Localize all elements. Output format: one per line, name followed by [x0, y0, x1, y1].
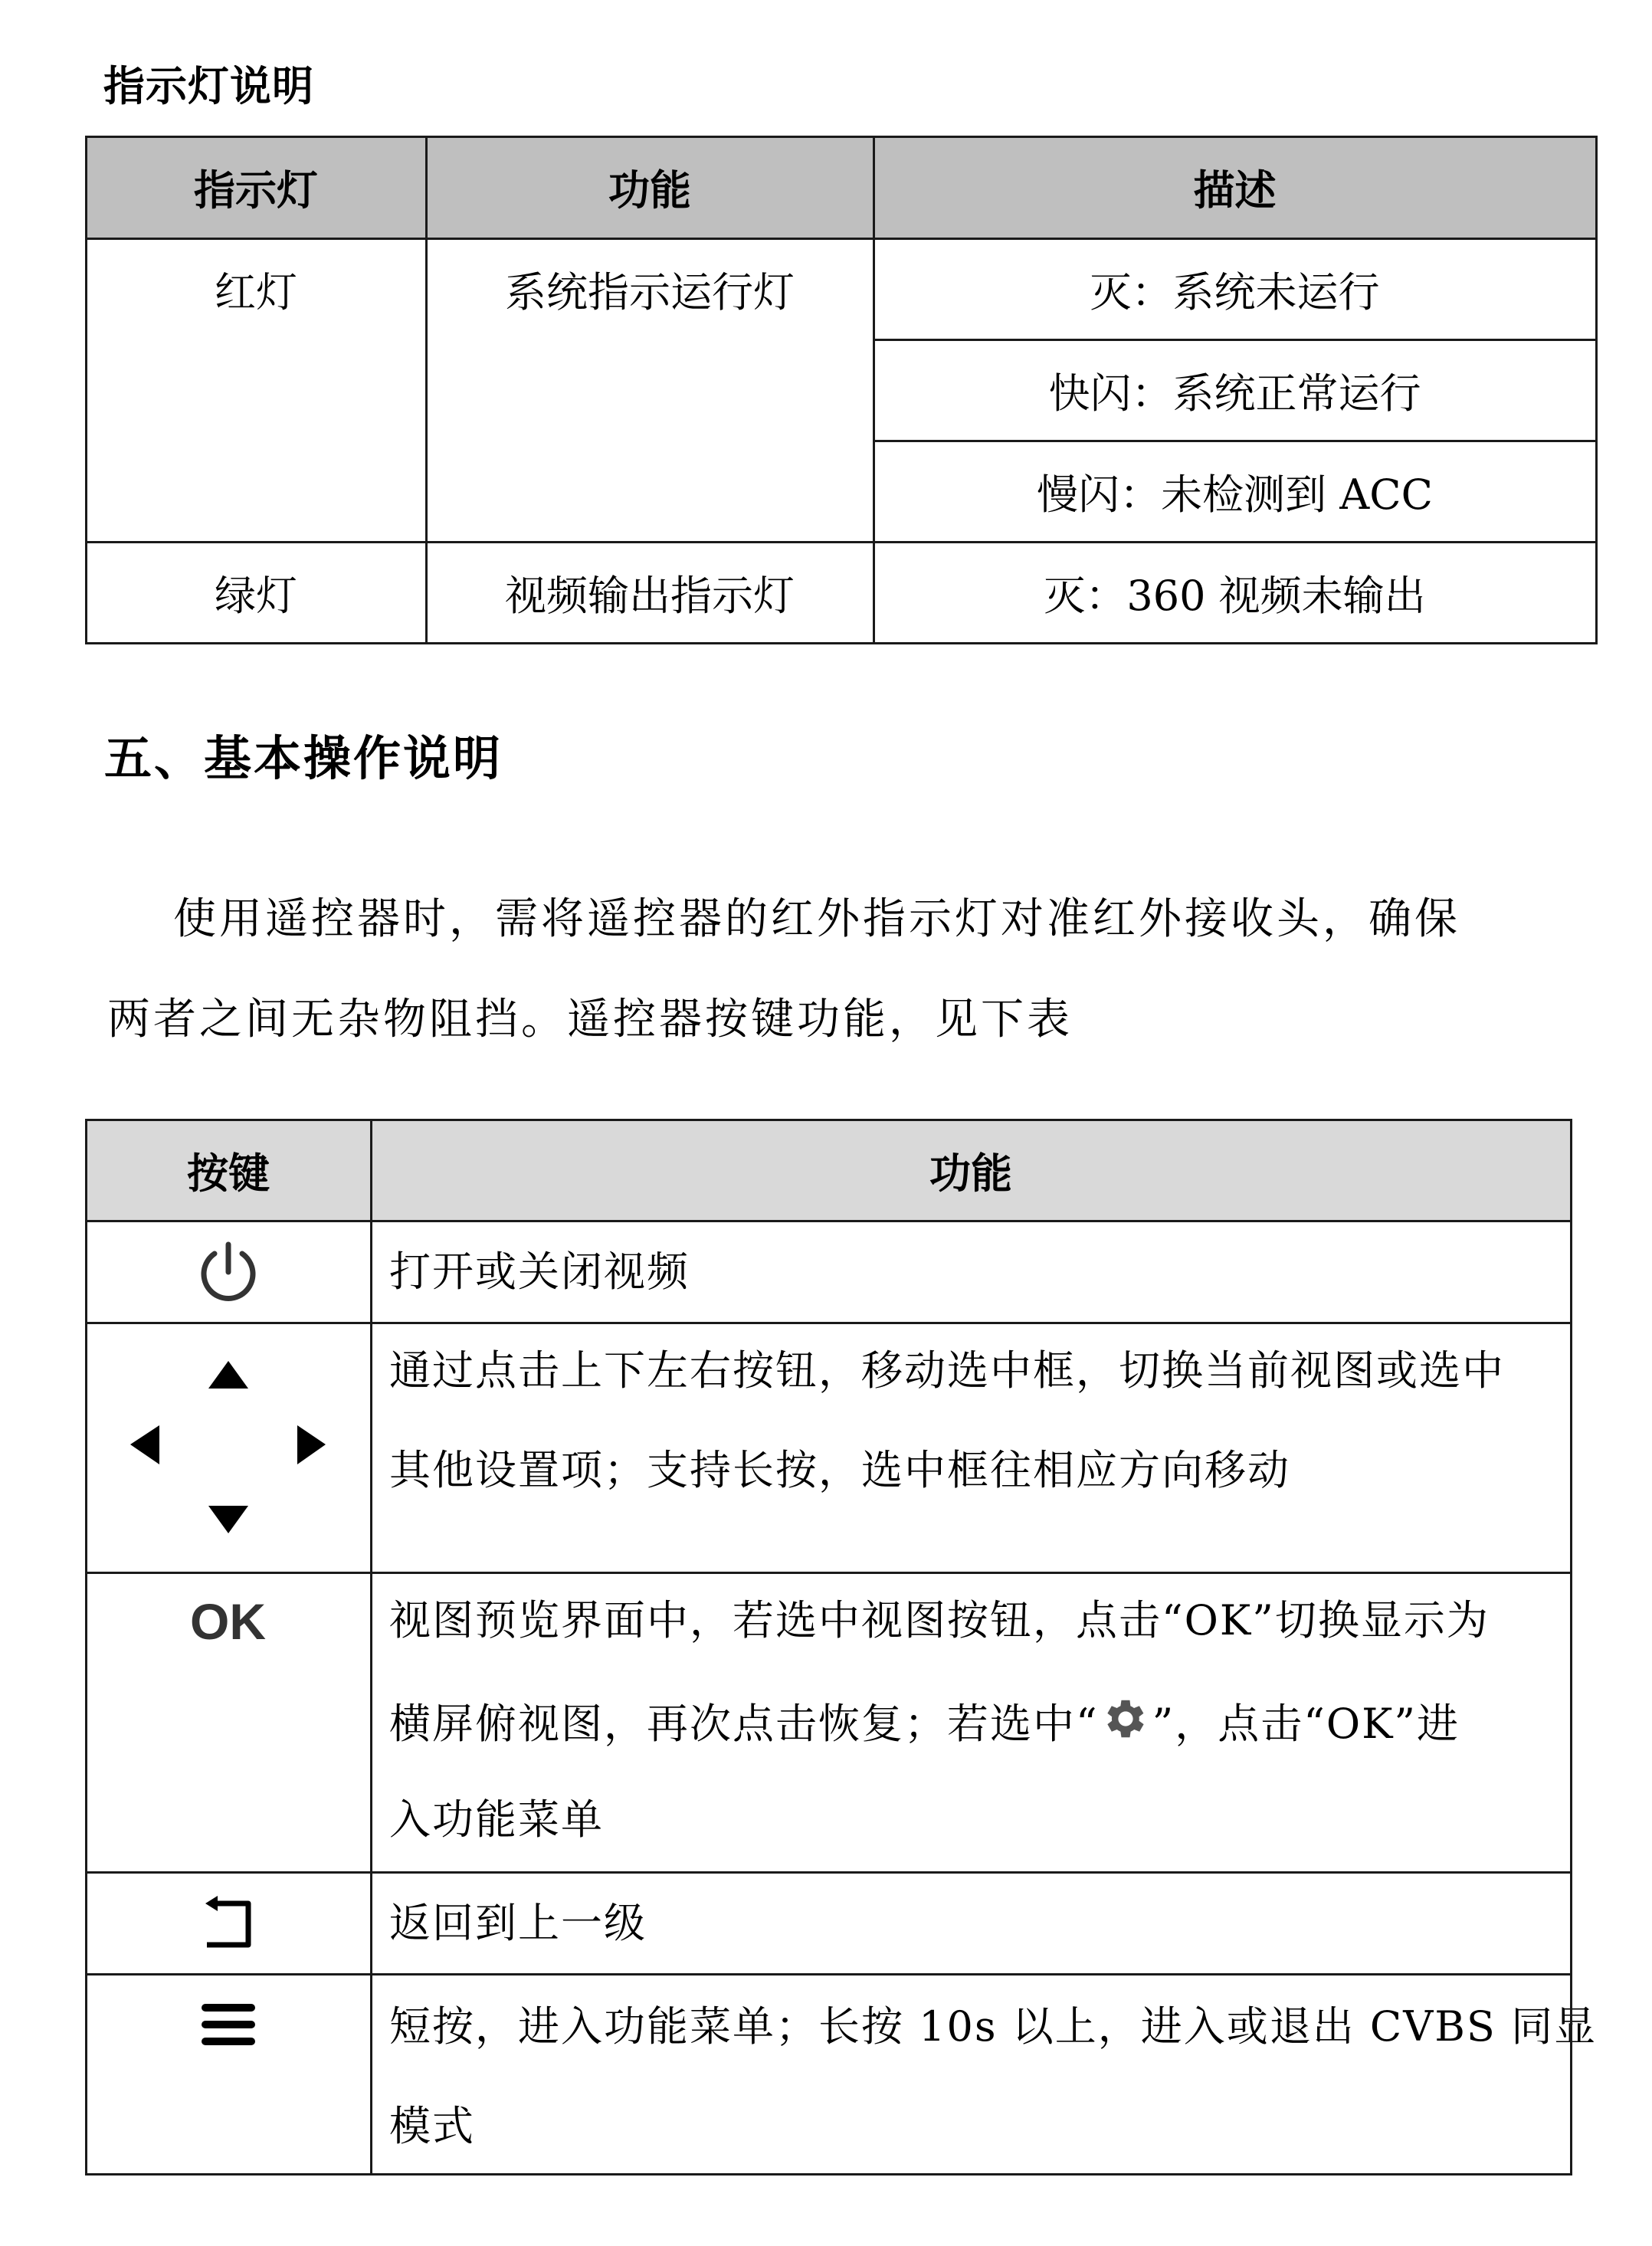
- key-function-arrows-line-2: 其他设置项；支持长按，选中框往相应方向移动: [389, 1444, 1290, 1497]
- table-border: [86, 1119, 1572, 1121]
- indicator-green-light: 绿灯: [86, 542, 426, 643]
- key-header-function: 功能: [371, 1120, 1571, 1221]
- arrow-up-icon: [208, 1361, 248, 1389]
- indicator-header-function: 功能: [426, 136, 874, 238]
- table-border: [85, 1119, 87, 2176]
- table-border: [1595, 136, 1598, 644]
- table-border: [86, 1871, 1572, 1874]
- indicator-red-desc-off: 灭：系统未运行: [874, 238, 1596, 339]
- key-function-ok-line-2-after: ”，点击“OK”进: [1152, 1700, 1460, 1748]
- key-function-back: 返回到上一级: [389, 1897, 647, 1950]
- key-function-ok-line-1: 视图预览界面中，若选中视图按钮，点击“OK”切换显示为: [389, 1594, 1490, 1648]
- table-border: [425, 136, 428, 644]
- indicator-header-light: 指示灯: [86, 136, 426, 238]
- table-border: [874, 339, 1598, 341]
- key-function-ok-line-2: 横屏俯视图，再次点击恢复；若选中“”，点击“OK”进: [389, 1694, 1460, 1751]
- indicator-header-description: 描述: [874, 136, 1596, 238]
- table-border: [370, 1119, 372, 2176]
- operation-section-heading: 五、基本操作说明: [104, 730, 503, 788]
- indicator-red-light: 红灯: [86, 238, 426, 339]
- table-border: [1570, 1119, 1572, 2176]
- key-function-menu-line-2: 模式: [389, 2100, 475, 2153]
- arrow-down-icon: [208, 1506, 248, 1533]
- table-border: [86, 1220, 1572, 1222]
- table-border: [86, 541, 1598, 543]
- indicator-green-desc-off: 灭：360 视频未输出: [874, 542, 1596, 643]
- key-function-menu-line-1: 短按，进入功能菜单；长按 10s 以上，进入或退出 CVBS 同显: [389, 2000, 1597, 2054]
- table-border: [86, 136, 1598, 138]
- gear-icon: [1099, 1694, 1152, 1744]
- indicator-green-function: 视频输出指示灯: [426, 542, 874, 643]
- back-icon: [202, 1894, 256, 1951]
- ok-key-label: OK: [190, 1596, 266, 1647]
- table-border: [86, 238, 1598, 240]
- table-border: [86, 642, 1598, 644]
- indicator-red-desc-slow: 慢闪：未检测到 ACC: [874, 441, 1596, 542]
- table-border: [86, 1322, 1572, 1324]
- table-border: [86, 1572, 1572, 1574]
- key-function-ok-line-3: 入功能菜单: [389, 1793, 604, 1847]
- table-border: [874, 440, 1598, 442]
- key-function-power: 打开或关闭视频: [389, 1245, 690, 1299]
- arrow-left-icon: [130, 1425, 159, 1464]
- direction-arrows-icon: [129, 1358, 328, 1536]
- intro-paragraph-line-2: 两者之间无杂物阻挡。遥控器按键功能，见下表: [107, 993, 1073, 1047]
- table-border: [86, 1973, 1572, 1975]
- arrow-right-icon: [297, 1425, 326, 1464]
- indicator-section-title: 指示灯说明: [103, 60, 314, 113]
- table-border: [85, 136, 87, 644]
- menu-icon: [201, 2002, 256, 2048]
- key-function-ok-line-2-before: 横屏俯视图，再次点击恢复；若选中“: [389, 1700, 1099, 1748]
- key-header-key: 按键: [86, 1120, 371, 1221]
- table-border: [86, 2173, 1572, 2176]
- indicator-red-function: 系统指示运行灯: [426, 238, 874, 339]
- power-icon: [198, 1240, 259, 1304]
- table-border: [873, 136, 875, 644]
- intro-paragraph-line-1: 使用遥控器时，需将遥控器的红外指示灯对准红外接收头，确保: [173, 893, 1460, 946]
- key-function-arrows-line-1: 通过点击上下左右按钮，移动选中框，切换当前视图或选中: [389, 1344, 1505, 1398]
- indicator-red-desc-fast: 快闪：系统正常运行: [874, 339, 1596, 441]
